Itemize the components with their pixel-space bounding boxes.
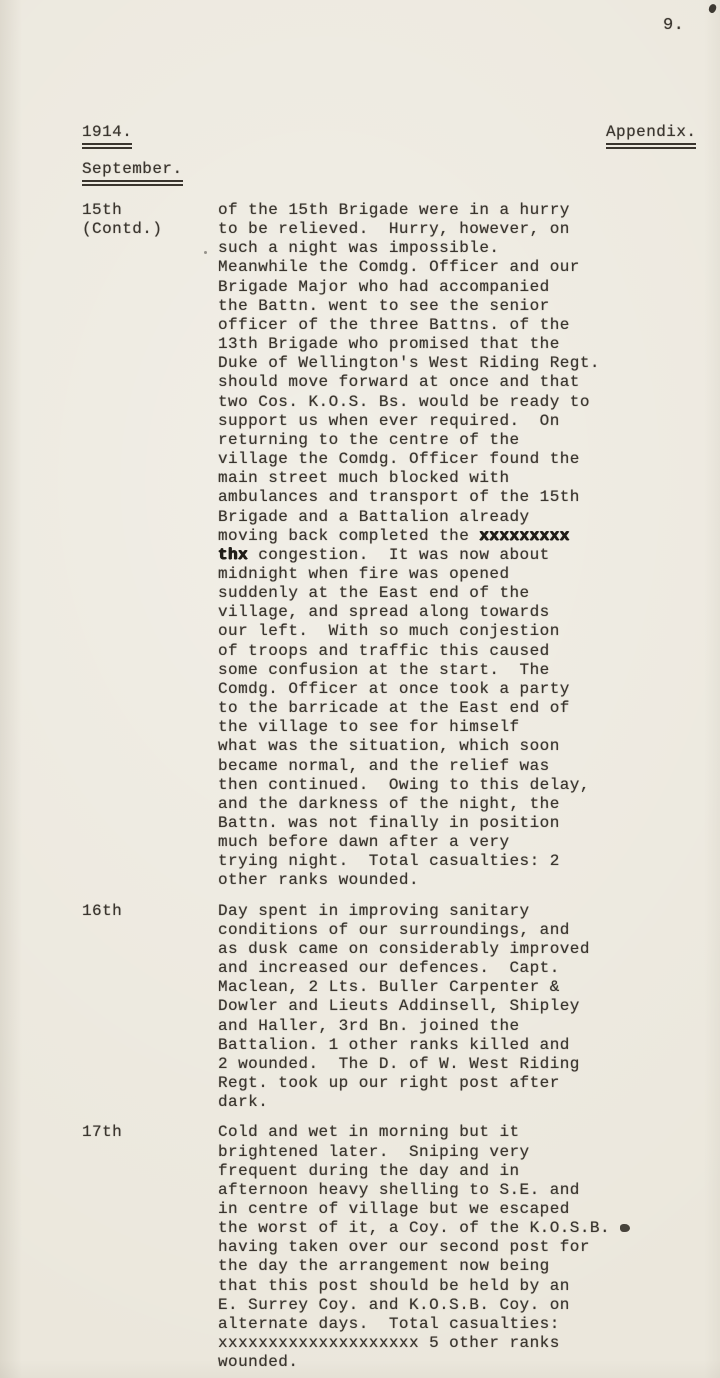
ink-speck xyxy=(620,1224,630,1232)
text-line: of troops and traffic this caused xyxy=(218,642,654,661)
text-line: Battn. was not finally in position xyxy=(218,814,654,833)
text-line: xxxxxxxxxxxxxxxxxxxx 5 other ranks xyxy=(218,1334,654,1353)
month-heading: September. xyxy=(82,160,183,186)
text-line: midnight when fire was opened xyxy=(218,565,654,584)
entry-date: 17th xyxy=(82,1123,218,1372)
text-line: and Haller, 3rd Bn. joined the xyxy=(218,1017,654,1036)
text-line: Dowler and Lieuts Addinsell, Shipley xyxy=(218,997,654,1016)
ink-speck xyxy=(204,251,207,254)
diary-entry: 17thCold and wet in morning but itbright… xyxy=(82,1123,654,1372)
text-line: having taken over our second post for xyxy=(218,1238,654,1257)
text-line: dark. xyxy=(218,1093,654,1112)
text-line: afternoon heavy shelling to S.E. and xyxy=(218,1181,654,1200)
text-line: and increased our defences. Capt. xyxy=(218,959,654,978)
text-line: thx congestion. It was now about xyxy=(218,546,654,565)
text-line: conditions of our surroundings, and xyxy=(218,921,654,940)
text-line: in centre of village but we escaped xyxy=(218,1200,654,1219)
text-line: to the barricade at the East end of xyxy=(218,699,654,718)
text-line: the worst of it, a Coy. of the K.O.S.B. xyxy=(218,1219,654,1238)
text-line: our left. With so much conjestion xyxy=(218,622,654,641)
entry-text: of the 15th Brigade were in a hurryto be… xyxy=(218,201,654,891)
text-line: E. Surrey Coy. and K.O.S.B. Coy. on xyxy=(218,1296,654,1315)
entry-date-line: (Contd.) xyxy=(82,220,218,239)
text-line: returning to the centre of the xyxy=(218,431,654,450)
text-line: Cold and wet in morning but it xyxy=(218,1123,654,1142)
text-line: alternate days. Total casualties: xyxy=(218,1315,654,1334)
text-line: such a night was impossible. xyxy=(218,239,654,258)
entry-date-line: 17th xyxy=(82,1123,218,1142)
text-line: what was the situation, which soon xyxy=(218,737,654,756)
text-line: Meanwhile the Comdg. Officer and our xyxy=(218,258,654,277)
text-line: Brigade and a Battalion already xyxy=(218,508,654,527)
text-line: some confusion at the start. The xyxy=(218,661,654,680)
entry-date-line: 16th xyxy=(82,902,218,921)
text-line: trying night. Total casualties: 2 xyxy=(218,852,654,871)
overstruck-text: xxxxxxxxx xyxy=(479,527,569,545)
text-line: wounded. xyxy=(218,1353,654,1372)
text-line: of the 15th Brigade were in a hurry xyxy=(218,201,654,220)
text-line: brightened later. Sniping very xyxy=(218,1143,654,1162)
text-line: village, and spread along towards xyxy=(218,603,654,622)
text-segment: moving back completed the xyxy=(218,527,479,545)
ink-speck xyxy=(708,3,717,14)
text-line: moving back completed the xxxxxxxxx xyxy=(218,527,654,546)
document-page: 9. 1914. Appendix. September. 15th(Contd… xyxy=(0,0,720,1378)
text-line: other ranks wounded. xyxy=(218,871,654,890)
text-line: Maclean, 2 Lts. Buller Carpenter & xyxy=(218,978,654,997)
entry-date-line: 15th xyxy=(82,201,218,220)
entry-date: 16th xyxy=(82,902,218,1113)
text-line: the Battn. went to see the senior xyxy=(218,297,654,316)
text-line: two Cos. K.O.S. Bs. would be ready to xyxy=(218,393,654,412)
text-line: suddenly at the East end of the xyxy=(218,584,654,603)
text-line: the day the arrangement now being xyxy=(218,1257,654,1276)
entry-text: Day spent in improving sanitarycondition… xyxy=(218,902,654,1113)
entry-date: 15th(Contd.) xyxy=(82,201,218,891)
entry-text: Cold and wet in morning but itbrightened… xyxy=(218,1123,654,1372)
text-line: Regt. took up our right post after xyxy=(218,1074,654,1093)
text-line: ambulances and transport of the 15th xyxy=(218,488,654,507)
diary-entries: 15th(Contd.)of the 15th Brigade were in … xyxy=(82,201,654,1378)
text-line: much before dawn after a very xyxy=(218,833,654,852)
text-line: the village to see for himself xyxy=(218,718,654,737)
page-number: 9. xyxy=(663,16,684,35)
text-line: Day spent in improving sanitary xyxy=(218,902,654,921)
text-line: and the darkness of the night, the xyxy=(218,795,654,814)
appendix-heading: Appendix. xyxy=(606,123,696,149)
text-line: as dusk came on considerably improved xyxy=(218,940,654,959)
text-line: should move forward at once and that xyxy=(218,373,654,392)
diary-entry: 15th(Contd.)of the 15th Brigade were in … xyxy=(82,201,654,891)
text-line: then continued. Owing to this delay, xyxy=(218,776,654,795)
text-line: frequent during the day and in xyxy=(218,1162,654,1181)
year-heading: 1914. xyxy=(82,123,132,149)
text-line: Brigade Major who had accompanied xyxy=(218,278,654,297)
text-line: officer of the three Battns. of the xyxy=(218,316,654,335)
text-line: village the Comdg. Officer found the xyxy=(218,450,654,469)
text-line: 13th Brigade who promised that the xyxy=(218,335,654,354)
text-line: to be relieved. Hurry, however, on xyxy=(218,220,654,239)
text-line: 2 wounded. The D. of W. West Riding xyxy=(218,1055,654,1074)
text-line: main street much blocked with xyxy=(218,469,654,488)
text-line: Duke of Wellington's West Riding Regt. xyxy=(218,354,654,373)
diary-entry: 16thDay spent in improving sanitarycondi… xyxy=(82,902,654,1113)
text-line: Comdg. Officer at once took a party xyxy=(218,680,654,699)
overstruck-text: thx xyxy=(218,546,248,564)
text-line: became normal, and the relief was xyxy=(218,757,654,776)
text-line: support us when ever required. On xyxy=(218,412,654,431)
text-line: Battalion. 1 other ranks killed and xyxy=(218,1036,654,1055)
text-line: that this post should be held by an xyxy=(218,1277,654,1296)
text-segment: congestion. It was now about xyxy=(248,546,550,564)
